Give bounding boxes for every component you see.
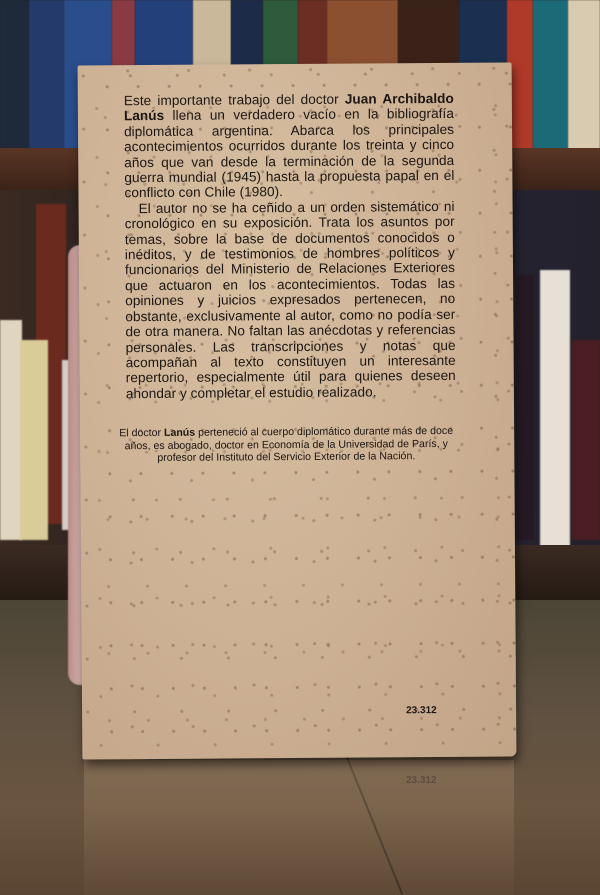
blurb-paragraph-2: El autor no se ha ceñido a un orden sist… [125,199,456,402]
book-spine [0,320,22,540]
book-back-cover: Este importante trabajo del doctor Juan … [78,62,517,759]
cover-blurb: Este importante trabajo del doctor Juan … [124,91,456,401]
book-spine [516,275,534,540]
reflected-catalog-number: 23.312 [406,775,437,786]
photo-scene: 23.312 Este importante trabajo del docto… [0,0,600,895]
book-spine [29,0,64,150]
book-spine [572,340,600,540]
author-bio: El doctor Lanús perteneció al cuerpo dip… [116,425,456,465]
author-surname: Lanús [164,427,195,439]
book-spine [568,0,600,150]
book-spine [20,340,48,540]
book-spine [0,0,29,150]
cover-reflection: 23.312 [84,760,514,895]
catalog-number: 23.312 [406,705,437,716]
book-spine [540,270,570,550]
blurb-paragraph-1: Este importante trabajo del doctor Juan … [124,91,455,201]
book-spine [533,0,568,150]
